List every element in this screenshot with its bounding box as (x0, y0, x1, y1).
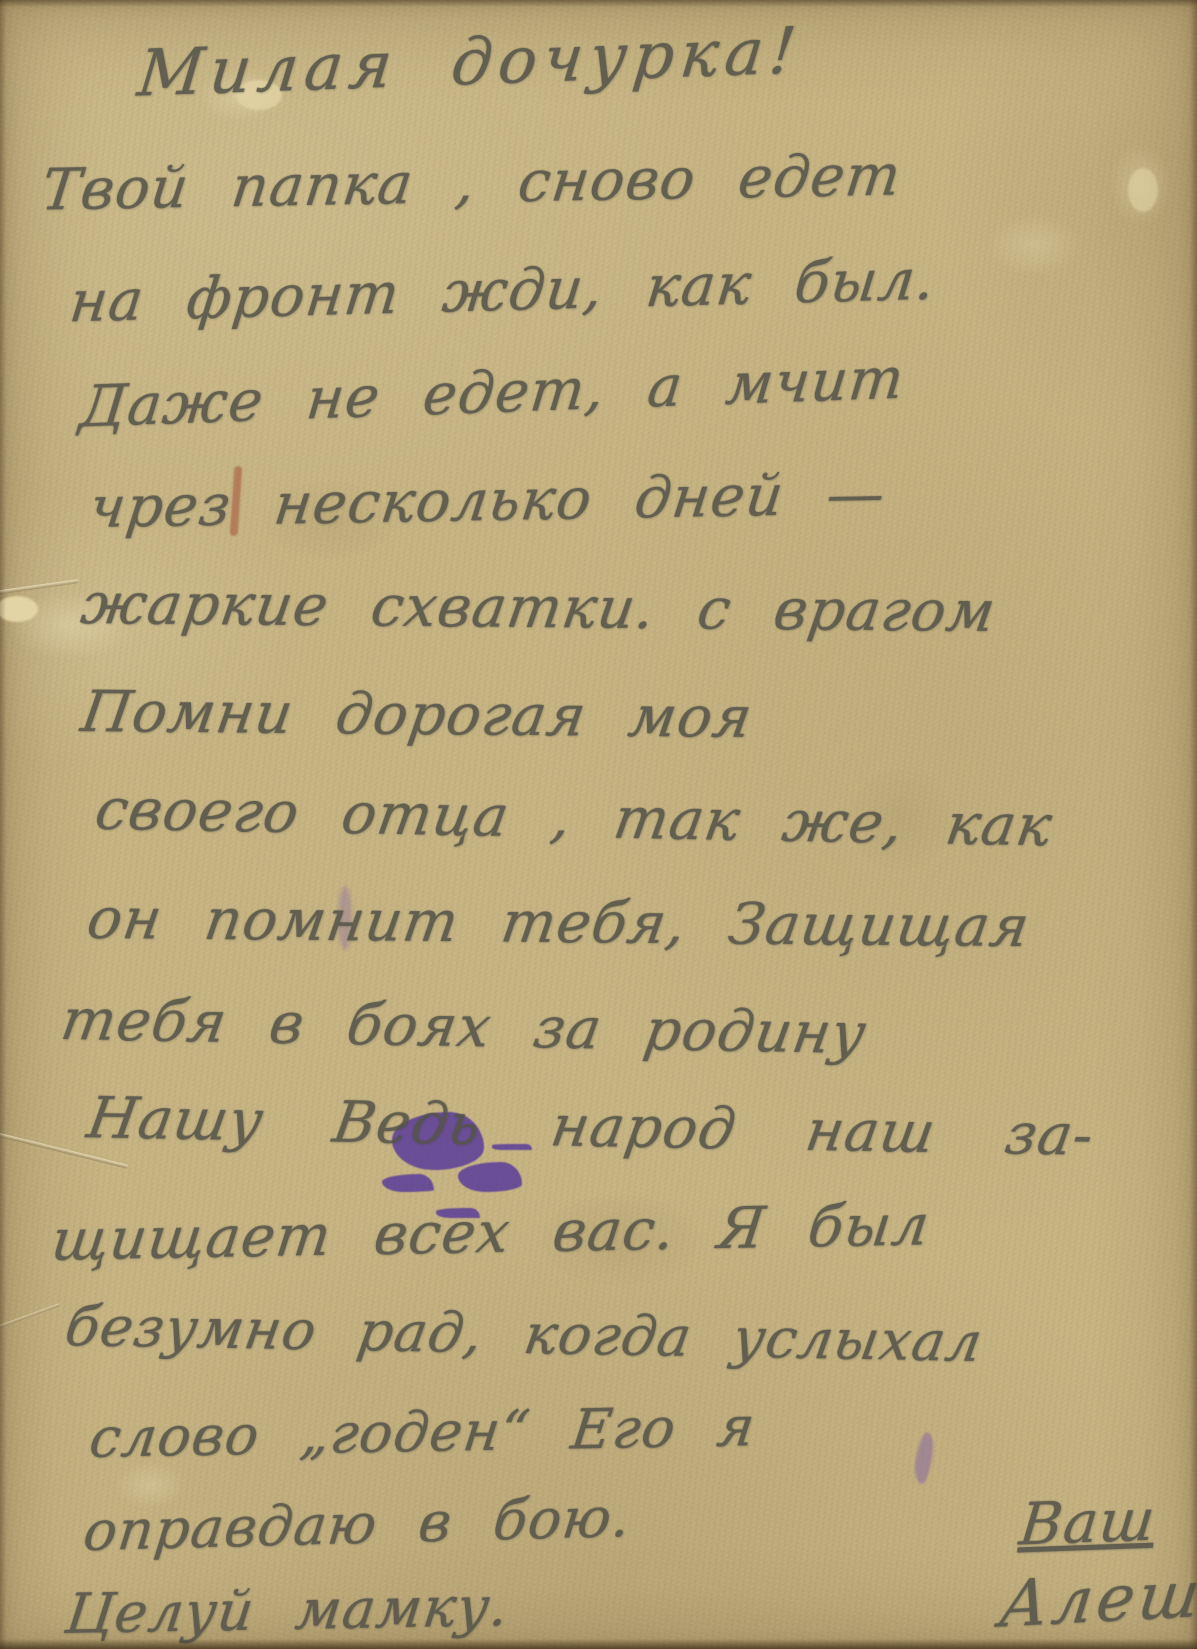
letter-line: Нашу Ведь народ наш за- (83, 1085, 1099, 1168)
paper-edge-right (1190, 0, 1197, 1649)
letter-line-closing: Целуй мамку. (62, 1574, 513, 1646)
paper-edge-top (0, 0, 1197, 7)
letter-line: Даже не едет, а мчит (77, 345, 908, 440)
letter-line: Твой папка , сново едет (38, 142, 905, 223)
worn-spot (1128, 168, 1158, 212)
letter-line: своего отца , так же, как (91, 777, 1057, 860)
purple-ink-speck (912, 1431, 935, 1485)
letter-line: жаркие схватки. с врагом (77, 571, 1000, 645)
letter-paper: Милая дочурка! Твой папка , сново едет н… (0, 0, 1197, 1649)
letter-line: слово „годен“ Его я (86, 1394, 759, 1470)
crease (0, 579, 79, 595)
paper-edge-left (0, 0, 6, 1649)
worn-spot (0, 596, 38, 622)
letter-line: тебя в боях за родину (57, 987, 871, 1067)
letter-line: безумно рад, когда услыхал (61, 1294, 987, 1374)
scanned-letter-page: { "letter": { "language": "Russian", "me… (0, 0, 1197, 1649)
letter-line: оправдаю в бою. (80, 1485, 634, 1564)
letter-line: он помнит тебя, Защищая (83, 886, 1034, 960)
letter-line: чрез несколько дней — (86, 461, 889, 541)
letter-line: Помни дорогая моя (77, 679, 757, 751)
letter-line: на фронт жди, как был. (66, 247, 939, 336)
letter-line-greeting: Милая дочурка! (134, 14, 805, 111)
letter-line: щищает всех вас. Я был (48, 1192, 934, 1273)
crease (0, 1303, 60, 1330)
letter-line-vash: Ваш (1016, 1485, 1159, 1558)
signature: Алеша (996, 1555, 1197, 1642)
